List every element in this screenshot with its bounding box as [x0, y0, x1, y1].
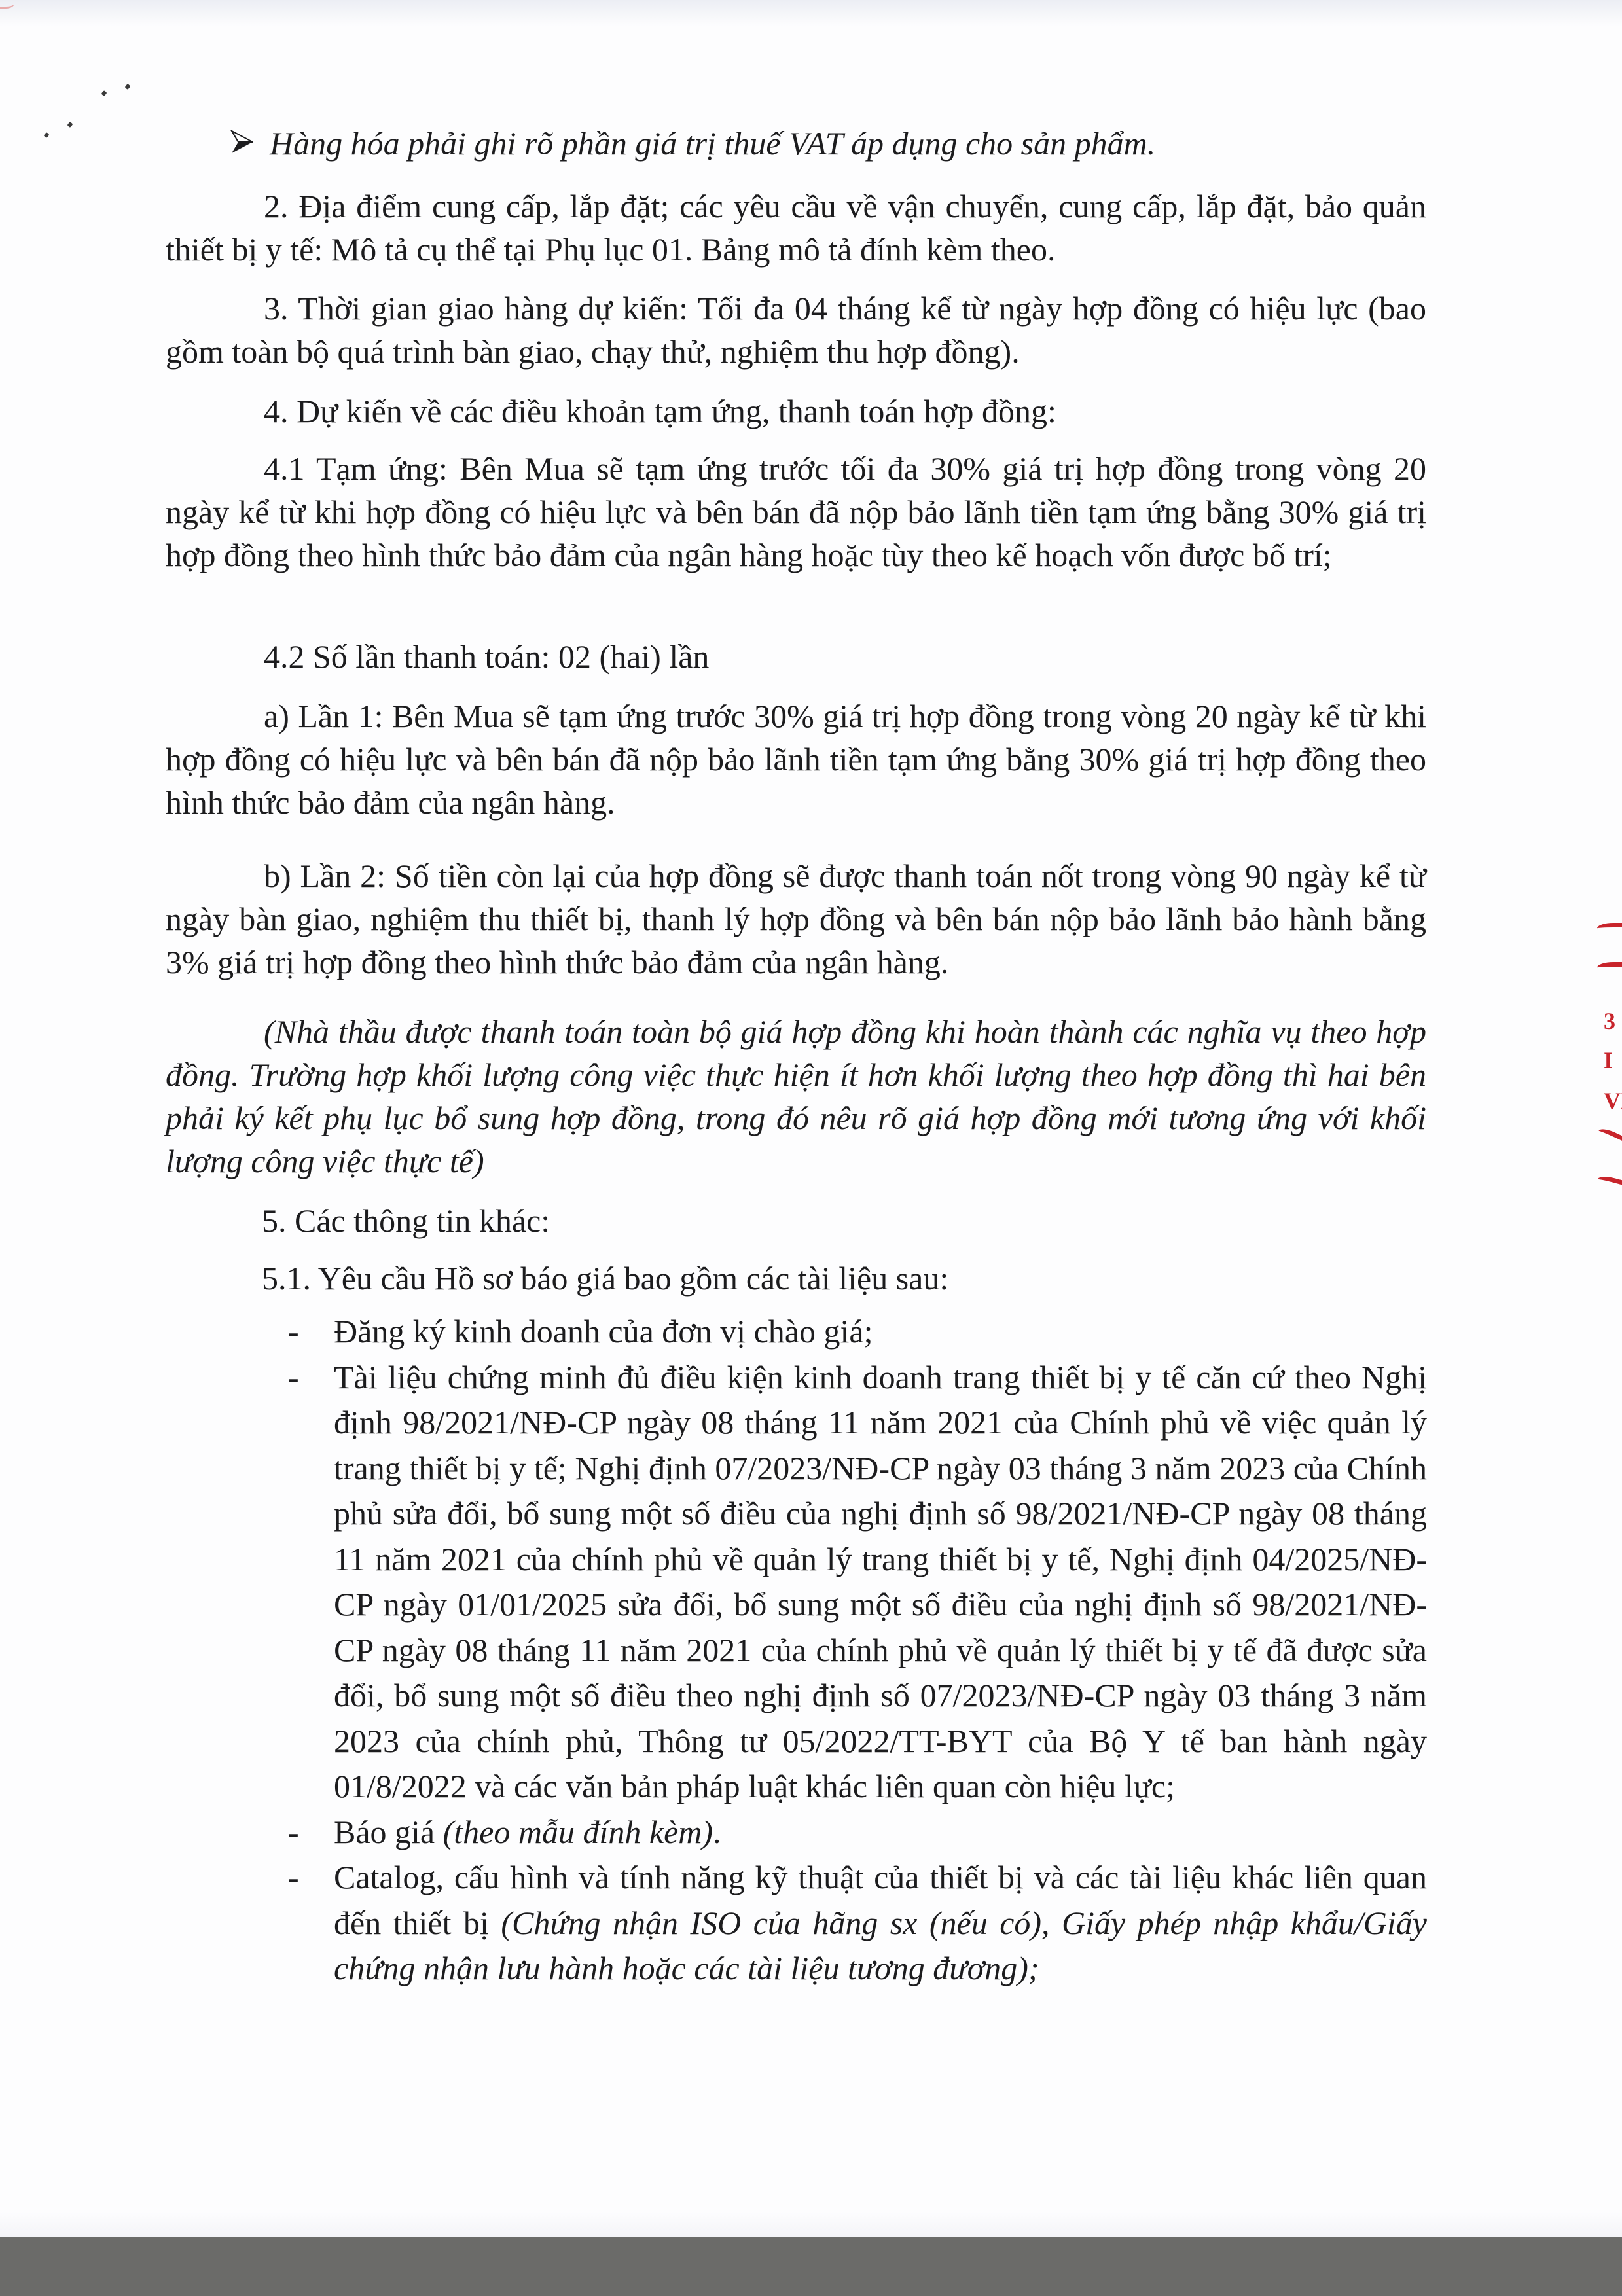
vat-note-bullet: Hàng hóa phải ghi rõ phần giá trị thuế V… [230, 122, 1155, 165]
section-4-2-a-first-payment: a) Lần 1: Bên Mua sẽ tạm ứng trước 30% g… [166, 694, 1426, 824]
vat-note-text: Hàng hóa phải ghi rõ phần giá trị thuế V… [270, 125, 1155, 162]
payment-note: (Nhà thầu được thanh toán toàn bộ giá hợ… [166, 1010, 1426, 1183]
list-item-text: Đăng ký kinh doanh của đơn vị chào giá; [334, 1313, 873, 1350]
requirements-list: - Đăng ký kinh doanh của đơn vị chào giá… [288, 1309, 1427, 1992]
list-item-text: Tài liệu chứng minh đủ điều kiện kinh do… [334, 1359, 1427, 1805]
dash-bullet-icon: - [288, 1309, 299, 1355]
list-item: - Báo giá (theo mẫu đính kèm). [288, 1810, 1427, 1856]
stamp-text: VI [1604, 1088, 1622, 1114]
section-5-1-heading: 5.1. Yêu cầu Hồ sơ báo giá bao gồm các t… [262, 1257, 948, 1300]
stamp-text: I [1604, 1047, 1613, 1073]
section-4-heading: 4. Dự kiến về các điều khoản tạm ứng, th… [166, 389, 1426, 433]
scanner-bottom-bar [0, 2237, 1622, 2296]
dash-bullet-icon: - [288, 1810, 299, 1856]
list-item: - Catalog, cấu hình và tính năng kỹ thuậ… [288, 1855, 1427, 1992]
list-item: - Đăng ký kinh doanh của đơn vị chào giá… [288, 1309, 1427, 1355]
section-2-delivery-location: 2. Địa điểm cung cấp, lắp đặt; các yêu c… [166, 185, 1426, 271]
list-item: - Tài liệu chứng minh đủ điều kiện kinh … [288, 1355, 1427, 1810]
list-item-text: Báo giá [334, 1814, 443, 1850]
dash-bullet-icon: - [288, 1855, 299, 1901]
list-item-italic: (theo mẫu đính kèm) [443, 1814, 713, 1850]
arrow-bullet-icon [230, 122, 254, 165]
list-item-after: . [713, 1814, 721, 1850]
red-stamp-fragment: 3 I VI [1597, 916, 1622, 1198]
section-5-heading: 5. Các thông tin khác: [262, 1199, 550, 1242]
section-3-delivery-time: 3. Thời gian giao hàng dự kiến: Tối đa 0… [166, 287, 1426, 373]
document-page: Hàng hóa phải ghi rõ phần giá trị thuế V… [0, 0, 1622, 2237]
dash-bullet-icon: - [288, 1355, 299, 1401]
stamp-text: 3 [1604, 1008, 1615, 1034]
scan-marks [45, 82, 136, 141]
section-4-2-heading: 4.2 Số lần thanh toán: 02 (hai) lần [166, 635, 1426, 678]
section-4-2-b-second-payment: b) Lần 2: Số tiền còn lại của hợp đồng s… [166, 854, 1426, 984]
stamp-fragment-corner [0, 0, 14, 9]
section-4-1-advance: 4.1 Tạm ứng: Bên Mua sẽ tạm ứng trước tố… [166, 447, 1426, 577]
